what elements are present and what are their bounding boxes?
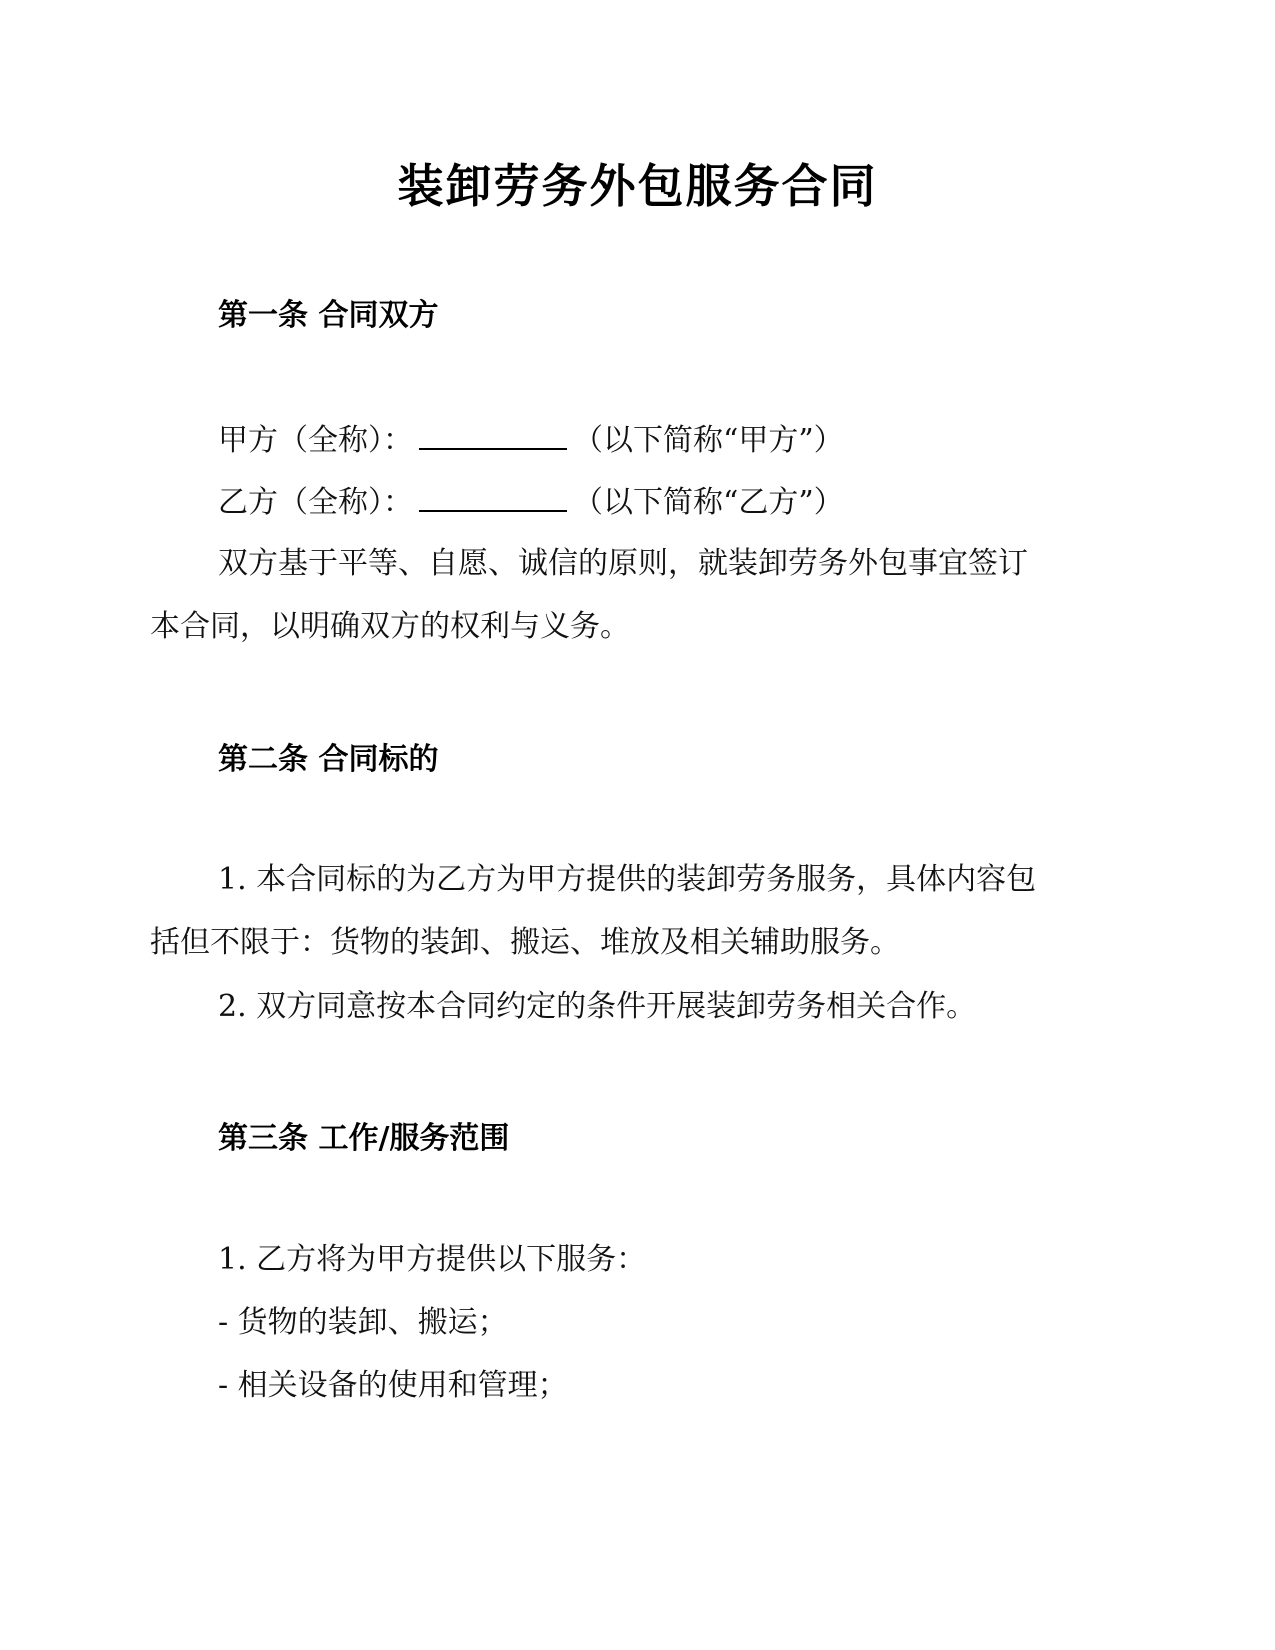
section-3-bullet-2: - 相关设备的使用和管理； [218, 1366, 568, 1406]
section-3-heading: 第三条 工作/服务范围 [218, 1113, 509, 1157]
section-2-item-1-line-1: 1. 本合同标的为乙方为甲方提供的装卸劳务服务，具体内容包 [218, 860, 1036, 900]
party-a-blank-field[interactable] [419, 418, 567, 450]
section-2-item-2: 2. 双方同意按本合同约定的条件开展装卸劳务相关合作。 [218, 987, 976, 1027]
party-b-suffix: （以下简称“乙方”） [573, 485, 844, 520]
party-a-line: 甲方（全称）：（以下简称“甲方”） [218, 418, 844, 461]
section-3-item-1: 1. 乙方将为甲方提供以下服务： [218, 1240, 646, 1280]
section-3-bullet-1: - 货物的装卸、搬运； [218, 1303, 508, 1343]
party-b-label: 乙方（全称）： [218, 485, 413, 520]
section-1-paragraph-line-1: 双方基于平等、自愿、诚信的原则，就装卸劳务外包事宜签订 [218, 544, 1028, 584]
party-b-blank-field[interactable] [419, 480, 567, 512]
section-1-paragraph-line-2: 本合同，以明确双方的权利与义务。 [150, 607, 630, 647]
section-1-heading: 第一条 合同双方 [218, 290, 438, 334]
section-2-item-1-line-2: 括但不限于：货物的装卸、搬运、堆放及相关辅助服务。 [150, 923, 900, 963]
document-title: 装卸劳务外包服务合同 [0, 150, 1275, 216]
section-2-heading: 第二条 合同标的 [218, 734, 438, 778]
party-a-label: 甲方（全称）： [218, 423, 413, 458]
party-a-suffix: （以下简称“甲方”） [573, 423, 844, 458]
party-b-line: 乙方（全称）：（以下简称“乙方”） [218, 480, 844, 523]
